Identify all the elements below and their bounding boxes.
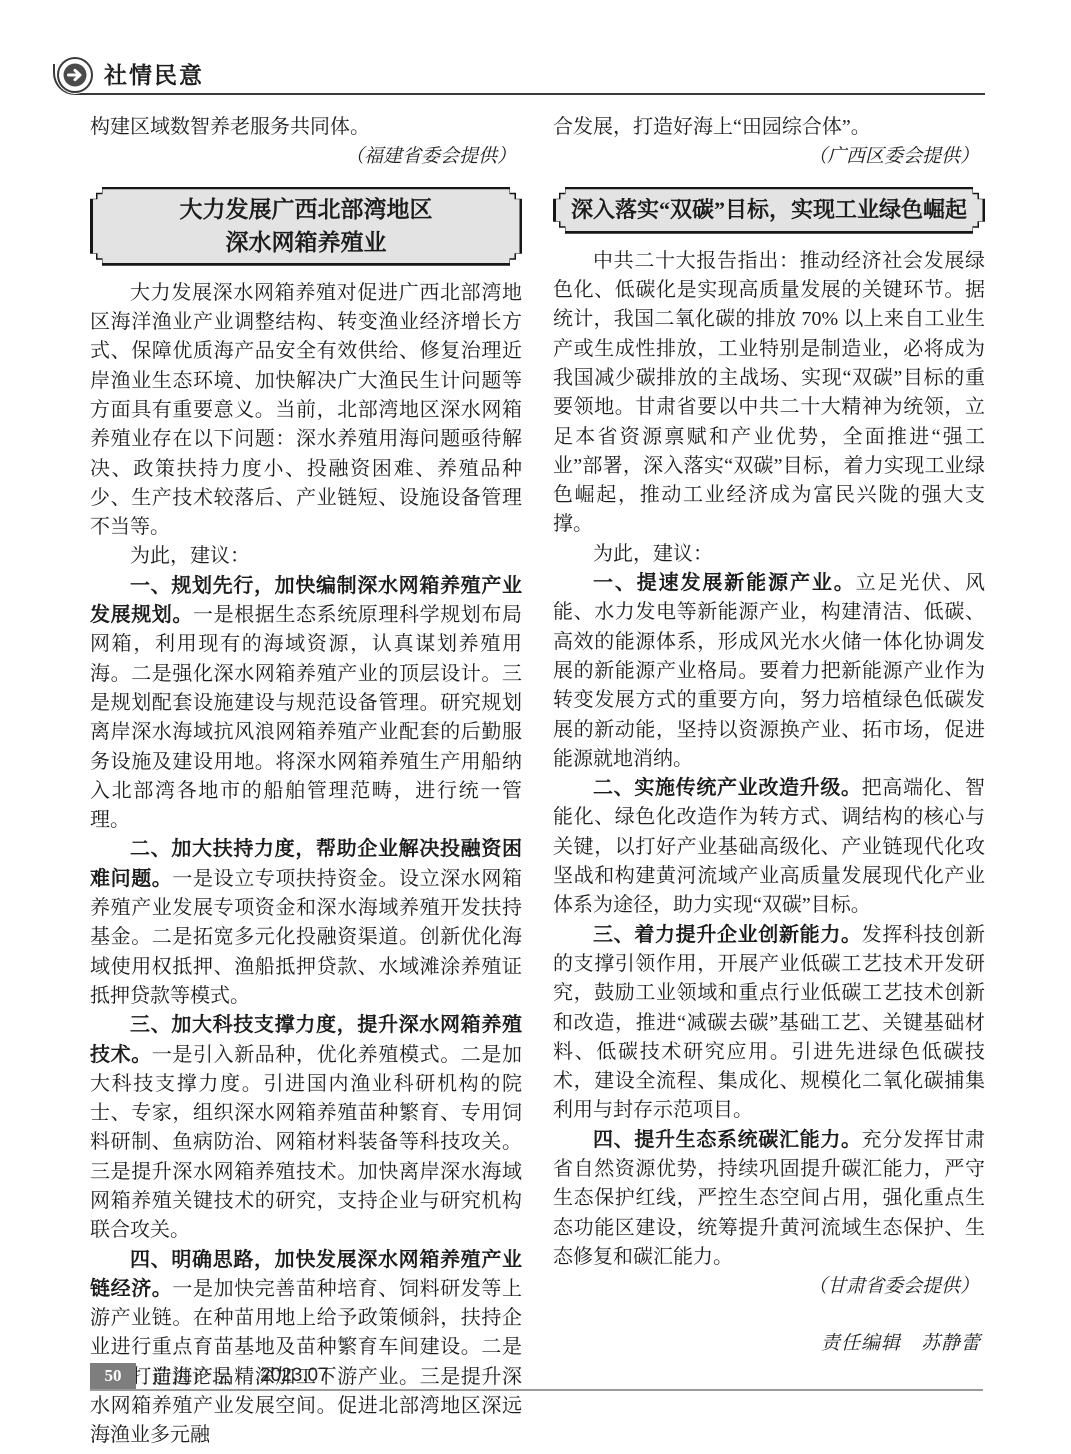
article-paragraph: 一、规划先行，加快编制深水网箱养殖产业发展规划。一是根据生态系统原理科学规划布局… — [90, 572, 522, 836]
article-title-box-left: 大力发展广西北部湾地区 深水网箱养殖业 — [90, 187, 522, 266]
article-paragraph: 二、实施传统产业改造升级。把高端化、智能化、绿色化改造作为转方式、调结构的核心与… — [553, 774, 985, 920]
left-column: 构建区域数智养老服务共同体。 （福建省委会提供） 大力发展广西北部湾地区 深水网… — [90, 113, 522, 1451]
paragraph-lead: 四、提升生态系统碳汇能力。 — [593, 1129, 862, 1151]
article-title-left: 大力发展广西北部湾地区 深水网箱养殖业 — [93, 189, 520, 263]
article-title-left-line1: 大力发展广西北部湾地区 — [95, 193, 518, 226]
paragraph-text: 为此，建议： — [130, 545, 250, 567]
issue-date: 2023.07 — [260, 1365, 329, 1387]
article-paragraph: 二、加大扶持力度，帮助企业解决投融资困难问题。一是设立专项扶持资金。设立深水网箱… — [90, 835, 522, 1011]
paragraph-lead: 三、着力提升企业创新能力。 — [593, 924, 862, 946]
article-paragraph: 三、加大科技支撑力度，提升深水网箱养殖技术。一是引入新品种，优化养殖模式。二是加… — [90, 1011, 522, 1245]
paragraph-lead: 一、提速发展新能源产业。 — [593, 572, 856, 594]
paragraph-text: 大力发展深水网箱养殖对促进广西北部湾地区海洋渔业产业调整结构、转变渔业经济增长方… — [90, 282, 522, 538]
paragraph-lead: 二、实施传统产业改造升级。 — [593, 777, 862, 799]
article-title-left-line2: 深水网箱养殖业 — [95, 226, 518, 259]
attribution-fujian: （福建省委会提供） — [90, 142, 522, 172]
attribution-guangxi: （广西区委会提供） — [553, 142, 985, 172]
article-title-box-right: 深入落实“双碳”目标，实现工业绿色崛起 — [553, 187, 985, 234]
article-paragraph: 为此，建议： — [553, 540, 985, 569]
article-paragraph: 四、提升生态系统碳汇能力。充分发挥甘肃省自然资源优势，持续巩固提升碳汇能力，严守… — [553, 1126, 985, 1272]
paragraph-text: 中共二十大报告指出：推动经济社会发展绿色化、低碳化是实现高质量发展的关键环节。据… — [553, 250, 985, 536]
article-body-right: 中共二十大报告指出：推动经济社会发展绿色化、低碳化是实现高质量发展的关键环节。据… — [553, 247, 985, 1272]
article-title-right: 深入落实“双碳”目标，实现工业绿色崛起 — [556, 189, 983, 231]
paragraph-text: 一是根据生态系统原理科学规划布局网箱，利用现有的海域资源，认真谋划养殖用海。二是… — [90, 604, 522, 831]
continuation-paragraph: 合发展，打造好海上“田园综合体”。 — [553, 113, 985, 142]
article-paragraph: 大力发展深水网箱养殖对促进广西北部湾地区海洋渔业产业调整结构、转变渔业经济增长方… — [90, 279, 522, 543]
section-title: 社情民意 — [104, 57, 204, 90]
right-column: 合发展，打造好海上“田园综合体”。 （广西区委会提供） 深入落实“双碳”目标，实… — [553, 113, 985, 1355]
continuation-paragraph: 构建区域数智养老服务共同体。 — [90, 113, 522, 142]
article-paragraph: 为此，建议： — [90, 542, 522, 571]
article-paragraph: 中共二十大报告指出：推动经济社会发展绿色化、低碳化是实现高质量发展的关键环节。据… — [553, 247, 985, 540]
article-paragraph: 四、明确思路，加快发展深水网箱养殖产业链经济。一是加快完善苗种培育、饲料研发等上… — [90, 1246, 522, 1451]
paragraph-text: 立足光伏、风能、水力发电等新能源产业，构建清洁、低碳、高效的能源体系，形成风光水… — [553, 572, 985, 770]
magazine-page: 社情民意 构建区域数智养老服务共同体。 （福建省委会提供） 大力发展广西北部湾地… — [0, 0, 1071, 1454]
editor-credit: 责任编辑 苏静蕾 — [553, 1328, 985, 1355]
article-paragraph: 一、提速发展新能源产业。立足光伏、风能、水力发电等新能源产业，构建清洁、低碳、高… — [553, 569, 985, 774]
page-footer: 50 前进论坛 2023.07 — [90, 1362, 983, 1391]
paragraph-text: 为此，建议： — [593, 543, 713, 565]
article-paragraph: 三、着力提升企业创新能力。发挥科技创新的支撑引领作用，开展产业低碳工艺技术开发研… — [553, 921, 985, 1126]
journal-name: 前进论坛 — [152, 1362, 232, 1389]
arrow-circle-icon — [56, 56, 94, 94]
page-number-badge: 50 — [90, 1363, 136, 1389]
paragraph-text: 一是引入新品种，优化养殖模式。二是加大科技支撑力度。引进国内渔业科研机构的院士、… — [90, 1044, 522, 1242]
article-body-left: 大力发展深水网箱养殖对促进广西北部湾地区海洋渔业产业调整结构、转变渔业经济增长方… — [90, 279, 522, 1451]
paragraph-text: 发挥科技创新的支撑引领作用，开展产业低碳工艺技术开发研究，鼓励工业领域和重点行业… — [553, 924, 985, 1122]
attribution-gansu: （甘肃省委会提供） — [553, 1272, 985, 1302]
